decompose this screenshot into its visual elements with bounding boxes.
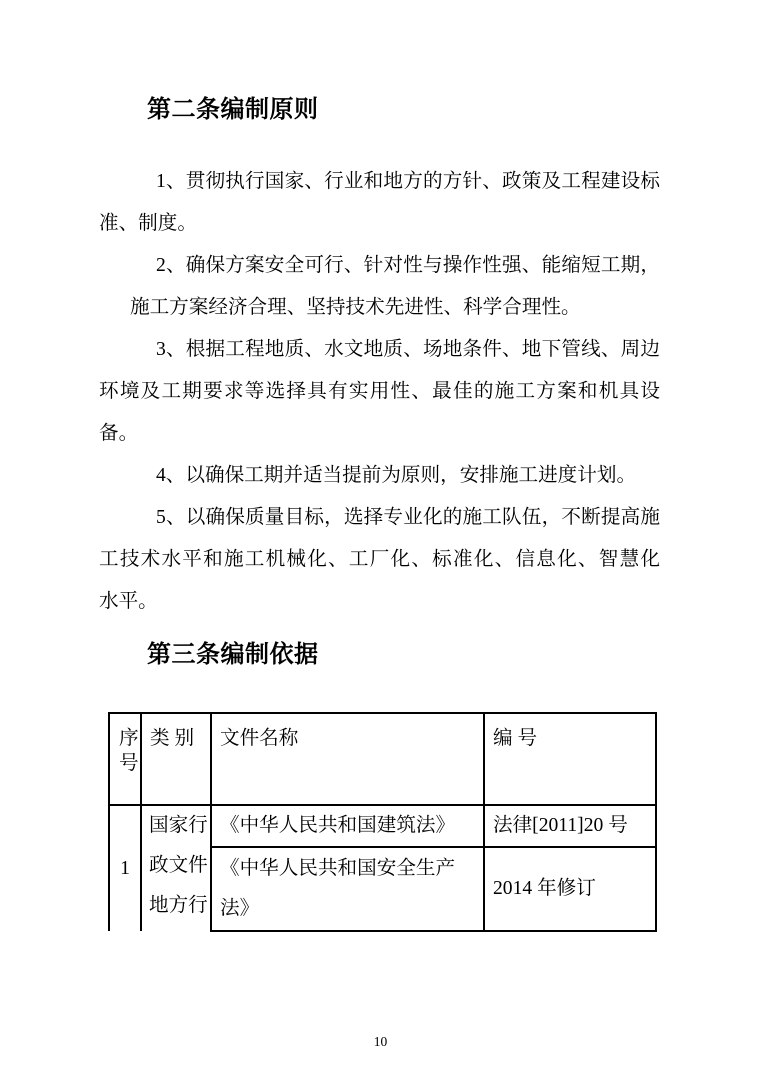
- article-3-heading: 第三条编制依据: [147, 641, 319, 669]
- paragraph-line: 3、根据工程地质、水文地质、场地条件、地下管线、周边: [99, 329, 660, 371]
- paragraph-line: 4、以确保工期并适当提前为原则，安排施工进度计划。: [99, 455, 660, 497]
- header-name: 文件名称: [211, 713, 484, 805]
- paragraph-line: 备。: [99, 413, 660, 455]
- table-header-row: 序号 类 别 文件名称 编 号: [109, 713, 656, 805]
- paragraph-line: 工技术水平和施工机械化、工厂化、标准化、信息化、智慧化: [99, 539, 660, 581]
- cell-category: 国家行政文件地方行: [141, 805, 211, 931]
- header-category: 类 别: [141, 713, 211, 805]
- page-number: 10: [0, 1033, 761, 1051]
- cell-name: 《中华人民共和国建筑法》: [211, 805, 484, 847]
- reference-table: 序号 类 别 文件名称 编 号 1 国家行政文件地方行 《中华人民共和国建筑法》…: [108, 712, 657, 932]
- paragraph-line: 2、确保方案安全可行、针对性与操作性强、能缩短工期，: [99, 245, 660, 287]
- article-2-body: 1、贯彻执行国家、行业和地方的方针、政策及工程建设标 准、制度。 2、确保方案安…: [99, 161, 660, 623]
- paragraph-line: 施工方案经济合理、坚持技术先进性、科学合理性。: [99, 287, 660, 329]
- header-index: 序号: [109, 713, 141, 805]
- article-2-heading: 第二条编制原则: [147, 96, 319, 124]
- paragraph-line: 1、贯彻执行国家、行业和地方的方针、政策及工程建设标: [99, 161, 660, 203]
- paragraph-line: 水平。: [99, 581, 660, 623]
- cell-code: 2014 年修订: [484, 847, 656, 931]
- cell-index: 1: [109, 805, 141, 931]
- cell-code: 法律[2011]20 号: [484, 805, 656, 847]
- header-code: 编 号: [484, 713, 656, 805]
- paragraph-line: 准、制度。: [99, 203, 660, 245]
- document-page: { "page": { "background": "#ffffff", "te…: [0, 0, 761, 1077]
- cell-name: 《中华人民共和国安全生产法》: [211, 847, 484, 931]
- paragraph-line: 5、以确保质量目标，选择专业化的施工队伍，不断提高施: [99, 497, 660, 539]
- paragraph-line: 环境及工期要求等选择具有实用性、最佳的施工方案和机具设: [99, 371, 660, 413]
- table-row: 1 国家行政文件地方行 《中华人民共和国建筑法》 法律[2011]20 号: [109, 805, 656, 847]
